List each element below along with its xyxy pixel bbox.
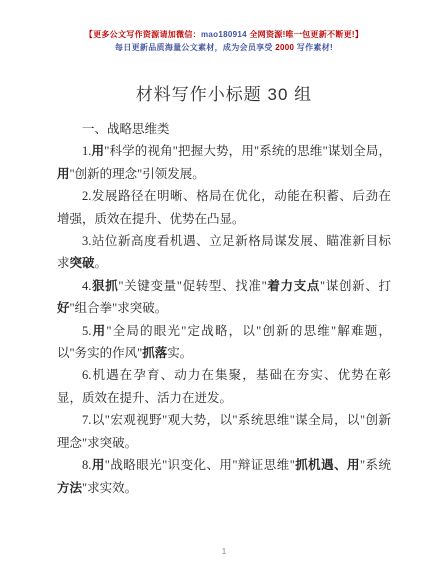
text-segment: "科学的视角"把握大势，用"系统的思维"谋划全局， xyxy=(104,144,391,158)
text-segment: "关键变量"促转型、找准" xyxy=(118,279,266,293)
text-segment: 每日更新品质海量公文素材，成为会员享受 xyxy=(115,43,275,52)
header-line-1: 【更多公文写作资源请加微信：mao180914 全网资源!唯一包更新不断更!】 xyxy=(0,28,448,41)
header-line-2: 每日更新品质海量公文素材，成为会员享受 2000 写作素材! xyxy=(0,41,448,54)
text-segment: 用 xyxy=(57,167,70,181)
text-segment: 3.站位新高度看机遇、立足新格局谋发展、瞄准新目标求 xyxy=(57,234,391,270)
text-segment: 用 xyxy=(91,144,104,158)
text-segment: 突破 xyxy=(70,256,95,270)
text-segment: "系统 xyxy=(360,458,391,472)
text-segment: 2000 xyxy=(275,43,294,52)
page-header: 【更多公文写作资源请加微信：mao180914 全网资源!唯一包更新不断更!】 … xyxy=(0,0,448,54)
text-segment: 好 xyxy=(57,301,70,315)
page-number: 1 xyxy=(222,546,227,556)
text-segment: 【更多公文写作资源请加微信： xyxy=(85,30,201,39)
text-segment: 4. xyxy=(82,279,91,293)
text-segment: 狠抓 xyxy=(91,279,118,293)
text-segment: "创新的理念"引领发展。 xyxy=(70,167,205,181)
text-segment: 5. xyxy=(82,324,91,338)
text-segment: 用 xyxy=(91,324,106,338)
text-segment: "谋创新、打 xyxy=(320,279,391,293)
text-segment: 全网资源!唯一包更新不断更!】 xyxy=(247,30,363,39)
body-paragraph: 2.发展路径在明晰、格局在优化，动能在积蓄、后劲在增强，质效在提升、优势在凸显。 xyxy=(57,185,391,230)
text-segment: 8. xyxy=(82,458,91,472)
text-segment: 写作素材! xyxy=(294,43,333,52)
text-segment: 1. xyxy=(82,144,91,158)
text-segment: 。 xyxy=(95,256,108,270)
body-paragraph: 5.用"全局的眼光"定战略，以"创新的思维"解难题，以"务实的作风"抓落实。 xyxy=(57,320,391,365)
text-segment: 方法 xyxy=(57,481,82,495)
paragraph-list: 1.用"科学的视角"把握大势，用"系统的思维"谋划全局，用"创新的理念"引领发展… xyxy=(57,140,391,499)
text-segment: 实。 xyxy=(167,346,192,360)
body-paragraph: 4.狠抓"关键变量"促转型、找准"着力支点"谋创新、打好"组合拳"求突破。 xyxy=(57,275,391,320)
body-paragraph: 1.用"科学的视角"把握大势，用"系统的思维"谋划全局，用"创新的理念"引领发展… xyxy=(57,140,391,185)
body-paragraph: 6.机遇在孕育、动力在集聚，基础在夯实、优势在彰显，质效在提升、活力在迸发。 xyxy=(57,364,391,409)
text-segment: 着力支点 xyxy=(267,279,320,293)
document-body: 一、战略思维类 1.用"科学的视角"把握大势，用"系统的思维"谋划全局，用"创新… xyxy=(57,118,391,499)
text-segment: "求实效。 xyxy=(82,481,137,495)
section-heading: 一、战略思维类 xyxy=(57,118,391,140)
text-segment: 2.发展路径在明晰、格局在优化，动能在积蓄、后劲在增强，质效在提升、优势在凸显。 xyxy=(57,189,391,225)
body-paragraph: 3.站位新高度看机遇、立足新格局谋发展、瞄准新目标求突破。 xyxy=(57,230,391,275)
page-footer: 1 xyxy=(0,546,448,556)
text-segment: 6.机遇在孕育、动力在集聚，基础在夯实、优势在彰显，质效在提升、活力在迸发。 xyxy=(57,368,391,404)
text-segment: "组合拳"求突破。 xyxy=(70,301,168,315)
text-segment: 抓机遇、用 xyxy=(295,458,360,472)
text-segment: 抓落 xyxy=(142,346,167,360)
text-segment: "战略眼光"识变化、用"辩证思维" xyxy=(105,458,295,472)
text-segment: mao180914 xyxy=(201,30,247,39)
text-segment: "全局的眼光"定战略，以"创新的思维"解难题，以"务实的作风" xyxy=(57,324,391,360)
text-segment: 7.以"宏观视野"观大势，以"系统思维"谋全局，以"创新理念"求突破。 xyxy=(57,413,391,449)
document-title: 材料写作小标题 30 组 xyxy=(0,84,448,106)
text-segment: 用 xyxy=(91,458,104,472)
document-page: 【更多公文写作资源请加微信：mao180914 全网资源!唯一包更新不断更!】 … xyxy=(0,0,448,580)
body-paragraph: 7.以"宏观视野"观大势，以"系统思维"谋全局，以"创新理念"求突破。 xyxy=(57,409,391,454)
body-paragraph: 8.用"战略眼光"识变化、用"辩证思维"抓机遇、用"系统方法"求实效。 xyxy=(57,454,391,499)
